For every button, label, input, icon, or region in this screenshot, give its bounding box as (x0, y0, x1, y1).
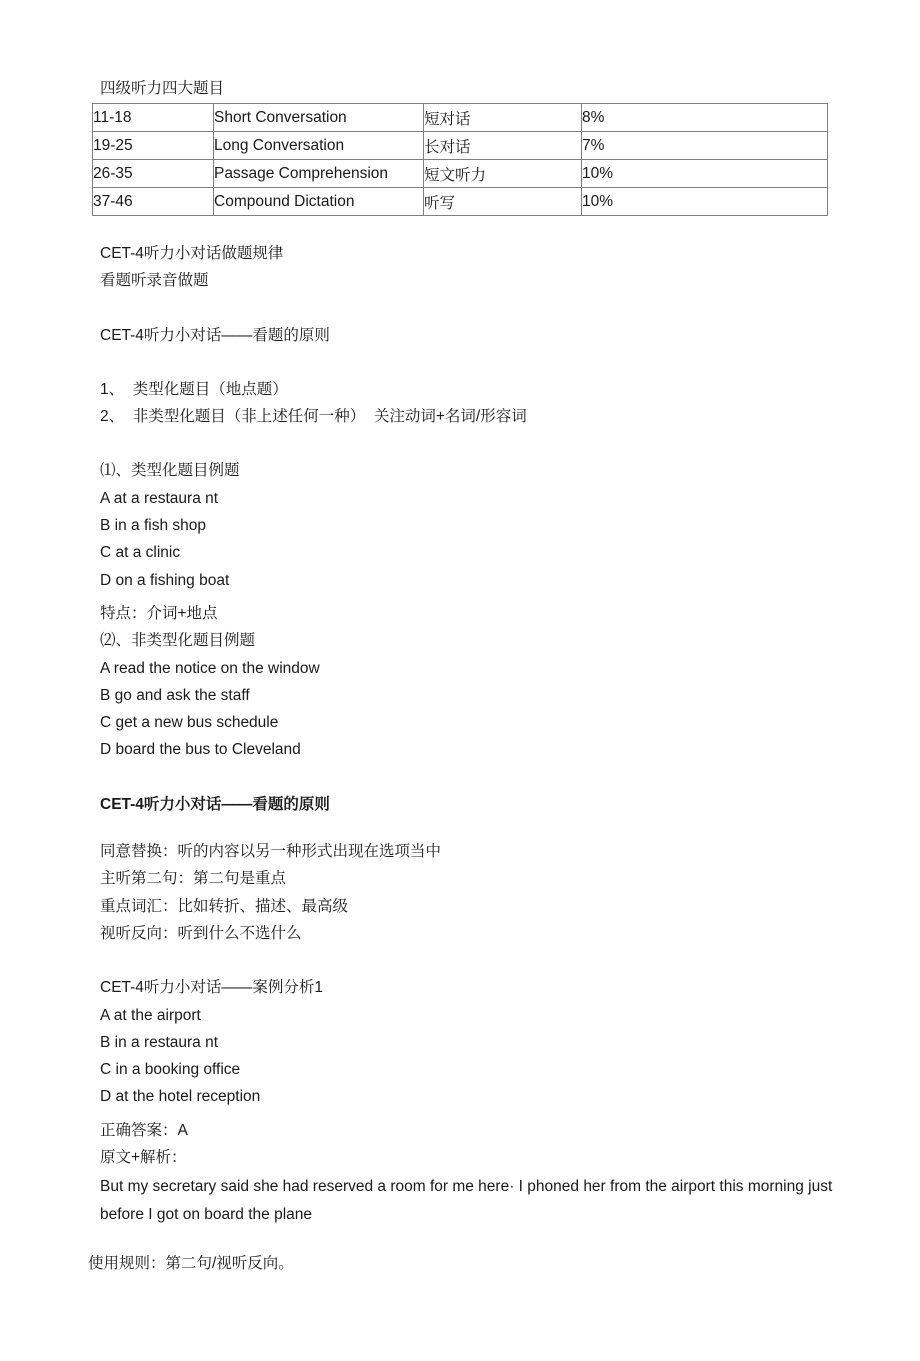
cell-question-range: 11-18 (93, 104, 214, 132)
table-row: 26-35 Passage Comprehension 短文听力 10% (93, 160, 828, 188)
option-line: B in a fish shop (100, 512, 835, 539)
view-principle-heading: CET-4听力小对话——看题的原则 (100, 322, 835, 349)
case1-options: A at the airport B in a restaura nt C in… (100, 1002, 835, 1111)
option-line: B in a restaura nt (100, 1029, 835, 1056)
cell-english-name: Compound Dictation (214, 188, 424, 216)
listening-sections-table: 11-18 Short Conversation 短对话 8% 19-25 Lo… (92, 103, 828, 216)
option-line: D at the hotel reception (100, 1083, 835, 1110)
table-title: 四级听力四大题目 (100, 80, 835, 97)
table-row: 37-46 Compound Dictation 听写 10% (93, 188, 828, 216)
cell-percentage: 8% (582, 104, 828, 132)
intro-heading: CET-4听力小对话做题规律 (100, 240, 835, 267)
section-intro: CET-4听力小对话做题规律 看题听录音做题 (100, 240, 835, 295)
usage-rule-line: 使用规则：第二句/视听反向。 (88, 1250, 835, 1277)
section-principles: CET-4听力小对话——看题的原则 同意替换：听的内容以另一种形式出现在选项当中… (100, 791, 835, 947)
example1-heading: ⑴、类型化题目例题 (100, 457, 835, 484)
cell-english-name: Short Conversation (214, 104, 424, 132)
case1-heading: CET-4听力小对话——案例分析1 (100, 974, 835, 1001)
option-line: C in a booking office (100, 1056, 835, 1083)
table-row: 19-25 Long Conversation 长对话 7% (93, 132, 828, 160)
option-line: A at the airport (100, 1002, 835, 1029)
rule-line: 主听第二句：第二句是重点 (100, 865, 835, 892)
rule-line: 视听反向：听到什么不选什么 (100, 920, 835, 947)
cell-chinese-name: 听写 (424, 188, 582, 216)
cell-chinese-name: 短文听力 (424, 160, 582, 188)
cell-question-range: 37-46 (93, 188, 214, 216)
cell-percentage: 7% (582, 132, 828, 160)
option-line: C get a new bus schedule (100, 709, 835, 736)
cell-question-range: 26-35 (93, 160, 214, 188)
section-example2: ⑵、非类型化题目例题 A read the notice on the wind… (100, 627, 835, 763)
table-row: 11-18 Short Conversation 短对话 8% (93, 104, 828, 132)
cell-chinese-name: 长对话 (424, 132, 582, 160)
rule-line: 重点词汇：比如转折、描述、最高级 (100, 893, 835, 920)
option-line: C at a clinic (100, 539, 835, 566)
principles-rules: 同意替换：听的内容以另一种形式出现在选项当中 主听第二句：第二句是重点 重点词汇… (100, 838, 835, 947)
cell-percentage: 10% (582, 160, 828, 188)
example2-options: A read the notice on the window B go and… (100, 655, 835, 764)
answer-line: 正确答案：A (100, 1117, 835, 1144)
numbered-item: 1、 类型化题目（地点题） (100, 376, 835, 403)
cell-question-range: 19-25 (93, 132, 214, 160)
document-page: 四级听力四大题目 11-18 Short Conversation 短对话 8%… (0, 0, 920, 1361)
option-line: A at a restaura nt (100, 485, 835, 512)
example1-note: 特点：介词+地点 (100, 600, 835, 627)
intro-subline: 看题听录音做题 (100, 267, 835, 294)
document-content: 四级听力四大题目 11-18 Short Conversation 短对话 8%… (0, 0, 920, 1278)
numbered-list: 1、 类型化题目（地点题） 2、 非类型化题目（非上述任何一种） 关注动词+名词… (100, 376, 835, 431)
option-line: B go and ask the staff (100, 682, 835, 709)
section-view-principle: CET-4听力小对话——看题的原则 (100, 322, 835, 349)
principles-heading: CET-4听力小对话——看题的原则 (100, 791, 835, 818)
cell-english-name: Passage Comprehension (214, 160, 424, 188)
cell-english-name: Long Conversation (214, 132, 424, 160)
section-example1: ⑴、类型化题目例题 A at a restaura nt B in a fish… (100, 457, 835, 627)
option-line: A read the notice on the window (100, 655, 835, 682)
transcript-paragraph: But my secretary said she had reserved a… (100, 1173, 848, 1229)
numbered-item: 2、 非类型化题目（非上述任何一种） 关注动词+名词/形容词 (100, 403, 835, 430)
option-line: D on a fishing boat (100, 567, 835, 594)
rule-line: 同意替换：听的内容以另一种形式出现在选项当中 (100, 838, 835, 865)
section-case1: CET-4听力小对话——案例分析1 A at the airport B in … (100, 974, 835, 1277)
example1-options: A at a restaura nt B in a fish shop C at… (100, 485, 835, 594)
cell-chinese-name: 短对话 (424, 104, 582, 132)
analysis-label: 原文+解析： (100, 1144, 835, 1171)
example2-heading: ⑵、非类型化题目例题 (100, 627, 835, 654)
cell-percentage: 10% (582, 188, 828, 216)
option-line: D board the bus to Cleveland (100, 736, 835, 763)
